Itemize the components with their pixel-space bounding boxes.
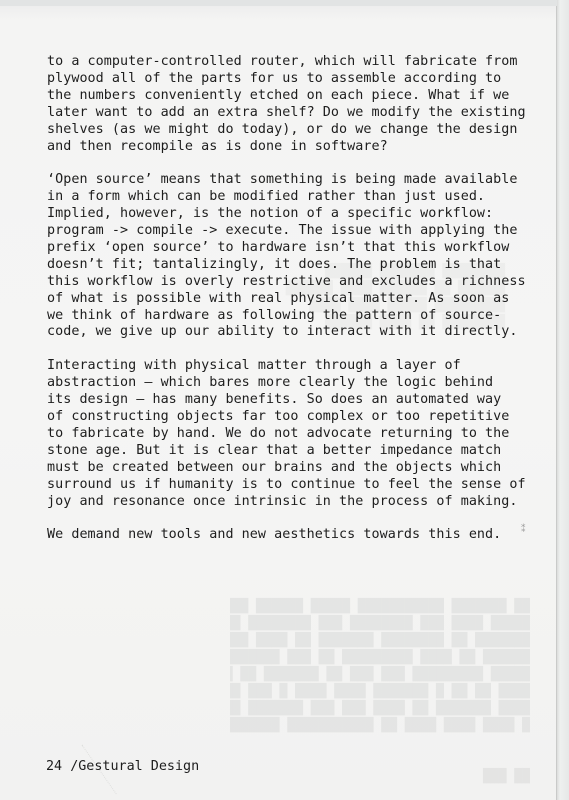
- text-line: and then recompile as is done in softwar…: [47, 139, 537, 156]
- text-line: prefix ‘open source’ to hardware isn’t t…: [47, 240, 537, 257]
- text-line: doesn’t fit; tantalizingly, it does. The…: [47, 257, 537, 274]
- text-line: later want to add an extra shelf? Do we …: [47, 105, 537, 122]
- text-line: we think of hardware as following the pa…: [47, 308, 537, 325]
- text-line: must be created between our brains and t…: [47, 460, 537, 477]
- text-line: of what is possible with real physical m…: [47, 291, 537, 308]
- text-line: Interacting with physical matter through…: [47, 358, 537, 375]
- text-line: surround us if humanity is to continue t…: [47, 477, 537, 494]
- text-line: to a computer-controlled router, which w…: [47, 54, 537, 71]
- page-footer: 24 /Gestural Design: [46, 758, 199, 775]
- body-text: to a computer-controlled router, which w…: [47, 54, 537, 561]
- printed-page: ████████ ███████ ██████ ██████ ██ ██████…: [0, 6, 557, 800]
- paragraph: to a computer-controlled router, which w…: [47, 54, 537, 155]
- page-number: 24: [46, 759, 62, 774]
- paragraph: ‘Open source’ means that something is be…: [47, 172, 537, 341]
- text-line: to fabricate by hand. We do not advocate…: [47, 426, 537, 443]
- paper-speck: ⁑: [521, 527, 525, 533]
- text-line: this workflow is overly restrictive and …: [47, 274, 537, 291]
- text-line: stone age. But it is clear that a better…: [47, 443, 537, 460]
- text-line: plywood all of the parts for us to assem…: [47, 71, 537, 88]
- text-line: Implied, however, is the notion of a spe…: [47, 206, 537, 223]
- running-title: /Gestural Design: [70, 759, 199, 774]
- text-line: the numbers conveniently etched on each …: [47, 88, 537, 105]
- text-line: abstraction – which bares more clearly t…: [47, 375, 537, 392]
- text-line: its design – has many benefits. So does …: [47, 392, 537, 409]
- text-line: code, we give up our ability to interact…: [47, 324, 537, 341]
- text-line: shelves (as we might do today), or do we…: [47, 122, 537, 139]
- text-line: ‘Open source’ means that something is be…: [47, 172, 537, 189]
- paragraph: Interacting with physical matter through…: [47, 358, 537, 510]
- page-edge: [557, 0, 569, 800]
- text-line: We demand new tools and new aesthetics t…: [47, 527, 537, 544]
- text-line: joy and resonance once intrinsic in the …: [47, 494, 537, 511]
- text-line: of constructing objects far too complex …: [47, 409, 537, 426]
- paragraph: We demand new tools and new aesthetics t…: [47, 527, 537, 544]
- text-line: in a form which can be modified rather t…: [47, 189, 537, 206]
- text-line: program -> compile -> execute. The issue…: [47, 223, 537, 240]
- show-through-text: ██ ███████ ███████████ █████ ██████ ████…: [230, 581, 530, 800]
